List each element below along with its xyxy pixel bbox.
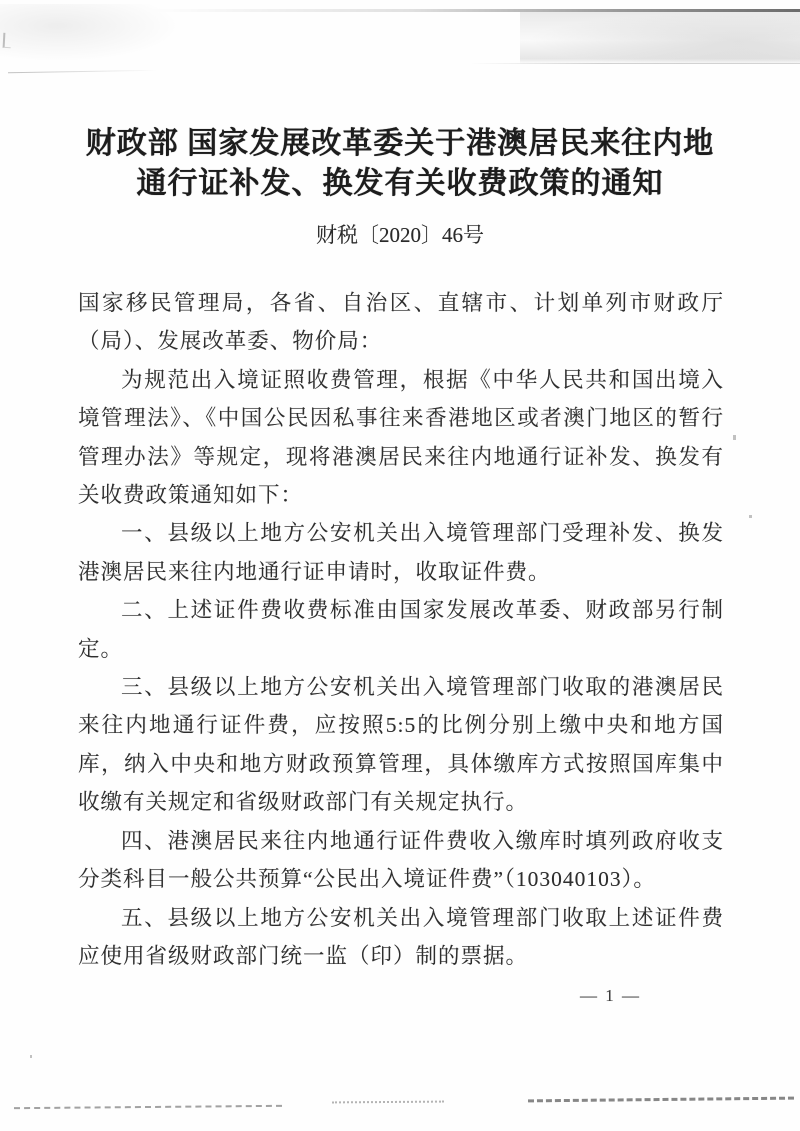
scan-speck bbox=[749, 515, 752, 518]
page-number: — 1 — bbox=[580, 986, 641, 1006]
document-number: 财税〔2020〕46号 bbox=[0, 219, 800, 249]
body-paragraph: 五、县级以上地方公安机关出入境管理部门收取上述证件费应使用省级财政部门统一监（印… bbox=[78, 899, 724, 976]
body-paragraph: 为规范出入境证照收费管理，根据《中华人民共和国出境入境管理法》、《中国公民因私事… bbox=[78, 361, 724, 515]
addressee-line: 国家移民管理局，各省、自治区、直辖市、计划单列市财政厅（局）、发展改革委、物价局… bbox=[78, 284, 724, 361]
document-title-line-2: 通行证补发、换发有关收费政策的通知 bbox=[137, 167, 664, 200]
scan-artifact-top-left-smudge bbox=[0, 4, 180, 62]
scanned-document-page: 财政部 国家发展改革委关于港澳居民来往内地 通行证补发、换发有关收费政策的通知 … bbox=[0, 0, 800, 1131]
body-paragraph: 四、港澳居民来往内地通行证件费收入缴库时填列政府收支分类科目一般公共预算“公民出… bbox=[78, 822, 724, 899]
body-paragraph: 一、县级以上地方公安机关出入境管理部门受理补发、换发港澳居民来往内地通行证申请时… bbox=[78, 514, 724, 591]
document-title-line-1: 财政部 国家发展改革委关于港澳居民来往内地 bbox=[86, 127, 715, 160]
scan-artifact-bottom-edge-middle bbox=[332, 1101, 444, 1104]
document-body: 国家移民管理局，各省、自治区、直辖市、计划单列市财政厅（局）、发展改革委、物价局… bbox=[78, 284, 724, 975]
document-title: 财政部 国家发展改革委关于港澳居民来往内地 通行证补发、换发有关收费政策的通知 bbox=[0, 124, 800, 204]
scan-artifact-faint-line bbox=[8, 70, 158, 74]
scan-artifact-shadow-edge bbox=[470, 63, 800, 64]
scan-speck bbox=[30, 1055, 32, 1058]
body-paragraph: 三、县级以上地方公安机关出入境管理部门收取的港澳居民来往内地通行证件费，应按照5… bbox=[78, 668, 724, 822]
scan-artifact-top-right-shadow bbox=[520, 12, 800, 64]
scan-artifact-bottom-edge-left bbox=[14, 1105, 282, 1109]
scan-artifact-bottom-edge-right bbox=[528, 1097, 794, 1103]
scan-artifact-mark bbox=[3, 33, 12, 48]
body-paragraph: 二、上述证件费收费标准由国家发展改革委、财政部另行制定。 bbox=[78, 591, 724, 668]
scan-speck bbox=[733, 435, 736, 440]
